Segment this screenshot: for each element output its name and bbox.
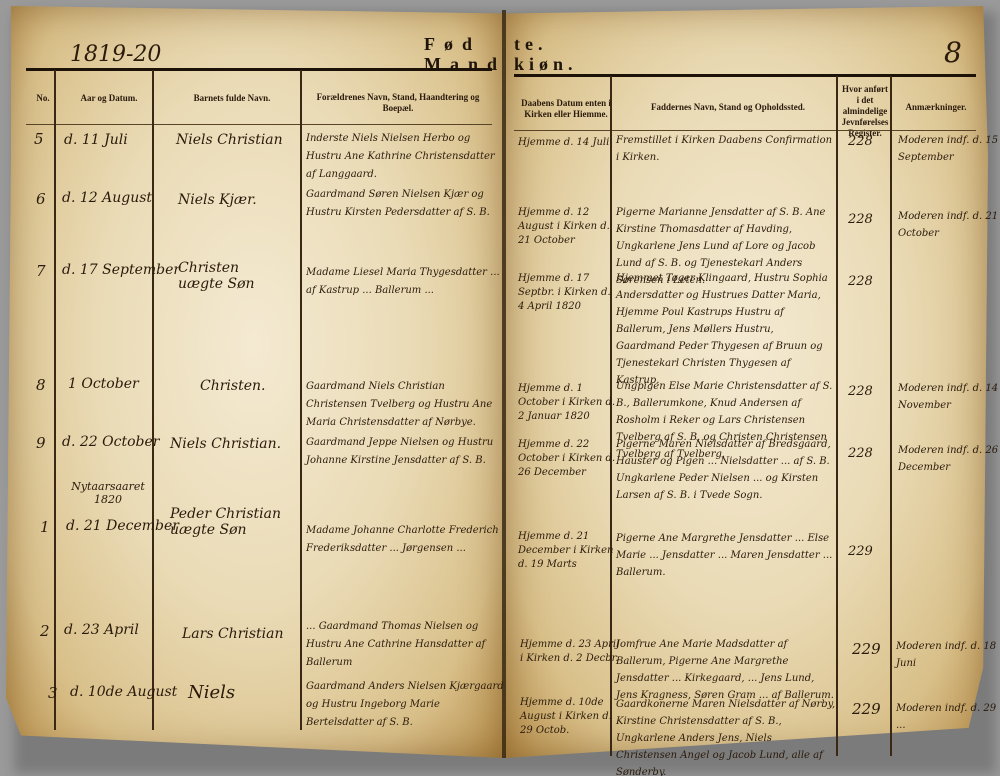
entry-child-name: Niels Kjær. (178, 192, 257, 208)
year-range: 1819-20 (70, 42, 161, 67)
subtitle-right: kiøn. (514, 54, 578, 75)
entry-date: d. 11 Juli (64, 132, 128, 148)
entry-child-name: Niels (188, 682, 235, 703)
entry-remarks: Moderen indf. d. 26 December (898, 442, 1000, 476)
entry-register: 228 (848, 212, 873, 227)
entry-godparents: Pigerne Maren Nielsdatter af Bredsgaard,… (616, 436, 836, 504)
entry-date: d. 23 April (64, 622, 139, 638)
entry-baptism: Hjemme d. 17 Septbr. i Kirken d. 4 April… (518, 272, 618, 314)
entry-date: d. 17 September (62, 262, 180, 278)
entry-no: 3 (48, 684, 58, 702)
entry-remarks: Moderen indf. d. 29 ... (896, 700, 1000, 734)
entry-date: d. 10de August (70, 684, 177, 700)
col-header-parents: Forældrenes Navn, Stand, Haandtering og … (308, 92, 488, 114)
entry-godparents: Fremstillet i Kirken Daabens Confirmatio… (616, 132, 836, 166)
entry-parents: ... Gaardmand Thomas Nielsen og Hustru A… (306, 618, 506, 672)
subtitle-left: Mand (424, 54, 506, 75)
entry-baptism: Hjemme d. 22 October i Kirken d. 26 Dece… (518, 438, 618, 480)
entry-parents: Inderste Niels Nielsen Herbo og Hustru A… (306, 130, 506, 184)
entry-no: 7 (36, 262, 46, 280)
entry-parents: Gaardmand Jeppe Nielsen og Hustru Johann… (306, 434, 506, 470)
entry-parents: Gaardmand Niels Christian Christensen Tv… (306, 378, 506, 432)
entry-godparents: Gaardkonerne Maren Nielsdatter af Nørby,… (616, 696, 836, 776)
entry-godparents: Pigerne Ane Margrethe Jensdatter ... Els… (616, 530, 836, 581)
entry-register: 229 (852, 640, 881, 658)
page-number: 8 (944, 36, 962, 69)
entry-remarks: Moderen indf. d. 15 September (898, 132, 1000, 166)
entry-baptism: Hjemme d. 12 August i Kirken d. 21 Octob… (518, 206, 618, 248)
header-underline-right (514, 130, 976, 131)
entry-date: d. 21 December (66, 518, 179, 534)
entry-no: 1 (40, 518, 50, 536)
entry-register: 228 (848, 274, 873, 289)
entry-child-name: Niels Christian. (170, 436, 281, 452)
entry-no: 2 (40, 622, 50, 640)
col-header-godparents: Faddernes Navn, Stand og Opholdssted. (620, 102, 836, 113)
entry-remarks: Moderen indf. d. 18 Juni (896, 638, 1000, 672)
entry-date: d. 22 October (62, 434, 159, 450)
col-header-baptism: Daabens Datum enten i Kirken eller Hiemm… (514, 98, 618, 120)
title-right: te. (514, 34, 547, 55)
entry-child-name: Lars Christian (182, 626, 284, 642)
header-rule-left (26, 68, 492, 71)
entry-no: 6 (36, 190, 46, 208)
entry-baptism: Hjemme d. 14 Juli (518, 136, 618, 150)
col-header-remarks: Anmærkninger. (894, 102, 978, 113)
col-divider (890, 76, 892, 756)
entry-date: d. 12 August (62, 190, 152, 206)
header-rule-right (514, 74, 976, 77)
entry-register: 228 (848, 446, 873, 461)
entry-no: 8 (36, 376, 46, 394)
year-note: Nytaarsaaret 1820 (70, 480, 146, 506)
entry-parents: Madame Johanne Charlotte Frederich Frede… (306, 522, 506, 558)
col-divider (300, 70, 302, 730)
entry-baptism: Hjemme d. 1 October i Kirken d. 2 Januar… (518, 382, 618, 424)
entry-date: 1 October (68, 376, 139, 392)
col-divider (54, 70, 56, 730)
entry-parents: Gaardmand Søren Nielsen Kjær og Hustru K… (306, 186, 506, 222)
entry-no: 5 (34, 130, 44, 148)
entry-baptism: Hjemme d. 21 December i Kirken d. 19 Mar… (518, 530, 618, 572)
entry-remarks: Moderen indf. d. 14 November (898, 380, 1000, 414)
entry-register: 228 (848, 384, 873, 399)
entry-parents: Gaardmand Anders Nielsen Kjærgaard og Hu… (306, 678, 506, 732)
col-divider (152, 70, 154, 730)
entry-parents: Madame Liesel Maria Thygesdatter ... af … (306, 264, 506, 300)
register-book: 1819-20 Fød Mand te. kiøn. 8 No. Aar og … (6, 6, 988, 758)
entry-child-name: Niels Christian (176, 132, 283, 148)
entry-remarks: Moderen indf. d. 21 October (898, 208, 1000, 242)
entry-register: 228 (848, 134, 873, 149)
entry-no: 9 (36, 434, 46, 452)
title-left: Fød (424, 34, 481, 55)
col-header-child-name: Barnets fulde Navn. (160, 93, 304, 104)
entry-child-name: Christen. (200, 378, 265, 394)
entry-godparents: Hjemmet Tøger Klingaard, Hustru Sophia A… (616, 270, 836, 389)
entry-register: 229 (852, 700, 881, 718)
col-divider (836, 76, 838, 756)
entry-child-name: Peder Christian uægte Søn (170, 506, 290, 538)
header-underline-left (26, 124, 492, 125)
entry-child-name: Christen uægte Søn (178, 260, 288, 292)
entry-register: 229 (848, 544, 873, 559)
entry-baptism: Hjemme d. 23 April i Kirken d. 2 Decbr. (520, 638, 620, 666)
entry-godparents: Jomfrue Ane Marie Madsdatter af Ballerum… (616, 636, 836, 704)
col-header-date: Aar og Datum. (62, 93, 156, 104)
entry-baptism: Hjemme d. 10de August i Kirken d. 29 Oct… (520, 696, 620, 738)
